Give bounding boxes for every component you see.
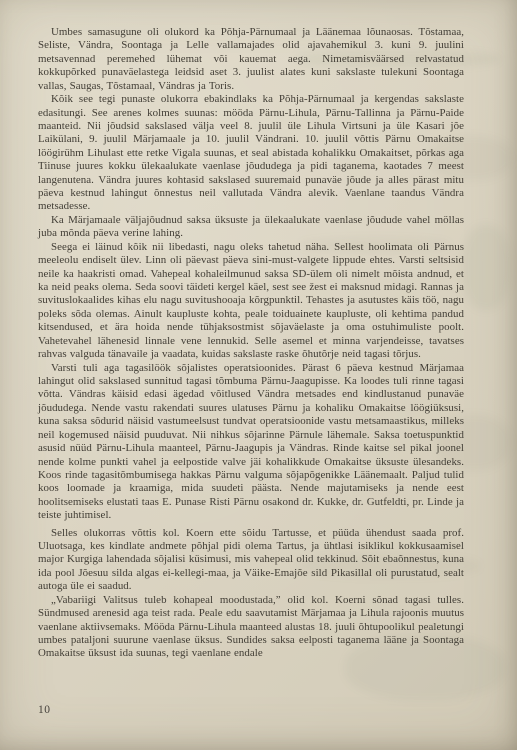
paragraph-7: „Vabariigi Valitsus tuleb kohapeal moodu… — [38, 594, 464, 661]
paragraph-6: Selles olukorras võttis kol. Koern ette … — [38, 527, 464, 594]
paragraph-1: Umbes samasugune oli olukord ka Põhja-Pä… — [38, 26, 464, 93]
bleed-through-mark — [462, 225, 510, 310]
paragraph-5: Varsti tuli aga tagasilöök sõjalistes op… — [38, 362, 464, 523]
paragraph-4: Seega ei läinud kõik nii libedasti, nagu… — [38, 241, 464, 362]
paragraph-3: Ka Märjamaale väljajõudnud saksa üksuste… — [38, 214, 464, 241]
page-text: Umbes samasugune oli olukord ka Põhja-Pä… — [38, 26, 464, 661]
page-number: 10 — [38, 704, 51, 716]
book-page: Umbes samasugune oli olukord ka Põhja-Pä… — [0, 0, 517, 750]
paragraph-2: Kõik see tegi punaste olukorra ebakindla… — [38, 93, 464, 214]
